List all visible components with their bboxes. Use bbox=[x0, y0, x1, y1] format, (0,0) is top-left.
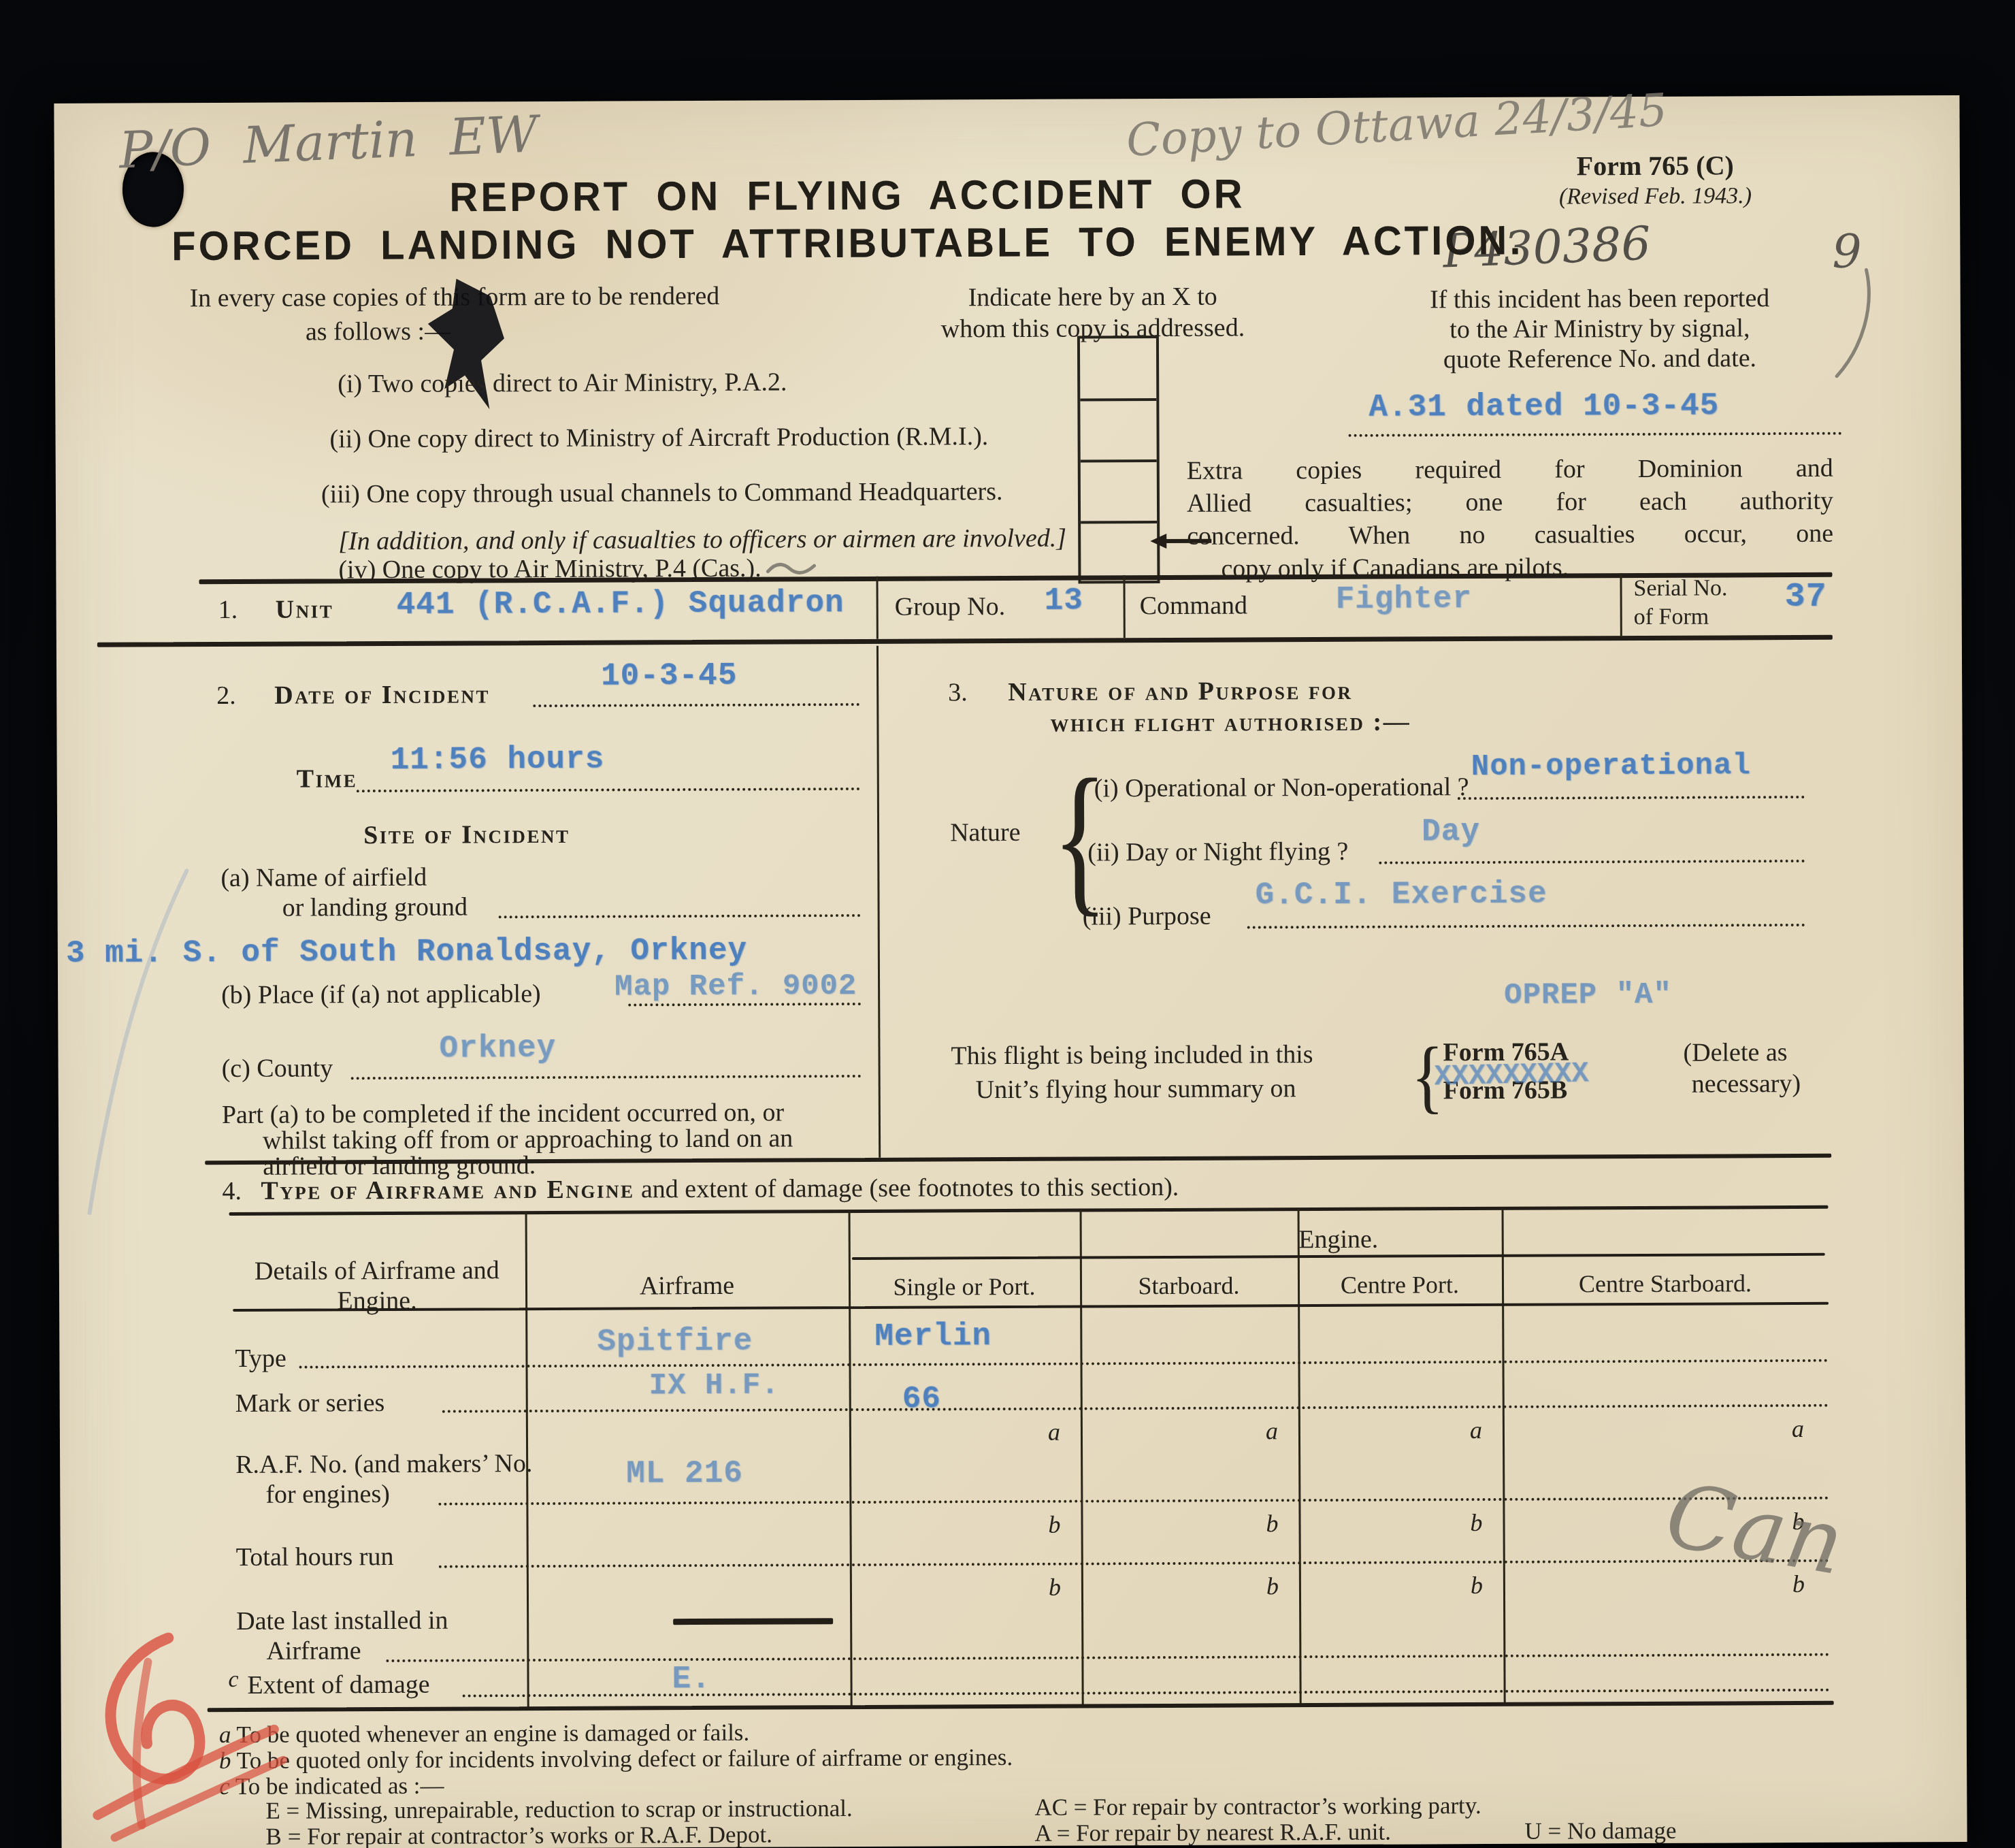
distribution-addition-note: [In addition, and only if casualties to … bbox=[338, 525, 1066, 555]
address-box-cell-divider bbox=[1081, 521, 1157, 523]
county-leader bbox=[351, 1075, 862, 1080]
purpose-leader bbox=[1247, 924, 1805, 929]
footnote-u-line: U = No damage bbox=[1524, 1819, 1676, 1843]
county-value: Orkney bbox=[439, 1033, 556, 1065]
oprep-value: OPREP "A" bbox=[1504, 980, 1672, 1011]
operational-question: (i) Operational or Non-operational ? bbox=[1094, 774, 1469, 801]
extra-copies-line3: concerned. When no casualties occur, one bbox=[1187, 521, 1833, 549]
details-header-1: Details of Airframe and bbox=[237, 1257, 517, 1284]
part-a-note-1: Part (a) to be completed if the incident… bbox=[222, 1099, 784, 1128]
serial-no-value: 37 bbox=[1784, 581, 1826, 615]
engine-col-centre-starboard: Centre Starboard. bbox=[1509, 1271, 1822, 1297]
scan-background: P/O Martin EW Copy to Ottawa 24/3/45 P43… bbox=[0, 0, 2015, 1848]
engine-col-single-port: Single or Port. bbox=[855, 1274, 1073, 1299]
type-row-label: Type bbox=[235, 1346, 286, 1372]
pencil-tick-flourish bbox=[764, 555, 818, 579]
total-hours-label: Total hours run bbox=[236, 1544, 394, 1570]
signal-caption-3: quote Reference No. and date. bbox=[1341, 345, 1858, 373]
time-label: Time bbox=[297, 766, 358, 792]
airframe-header: Airframe bbox=[532, 1272, 842, 1299]
section4-heading-rest: and extent of damage (see footnotes to t… bbox=[641, 1173, 1179, 1203]
footnote-marker-b: b bbox=[1266, 1574, 1279, 1598]
table-vline bbox=[1502, 1208, 1506, 1704]
section3-number: 3. bbox=[948, 679, 968, 705]
section1-divider bbox=[1620, 573, 1622, 636]
distribution-item-i: (i) Two copies direct to Air Ministry, P… bbox=[338, 369, 787, 397]
flight-summary-1: This flight is being included in this bbox=[951, 1041, 1313, 1069]
form-title-line2: FORCED LANDING NOT ATTRIBUTABLE TO ENEMY… bbox=[92, 220, 1603, 268]
table-bottom-rule bbox=[208, 1701, 1834, 1712]
group-no-label: Group No. bbox=[895, 594, 1006, 620]
purpose-value: G.C.I. Exercise bbox=[1255, 879, 1547, 911]
engine-type-value: Merlin bbox=[874, 1320, 992, 1352]
time-value: 11:56 hours bbox=[391, 744, 605, 776]
table-vline bbox=[849, 1211, 853, 1706]
footnote-marker-b: b bbox=[1266, 1511, 1278, 1536]
hours-row-leader bbox=[439, 1559, 1830, 1568]
engine-header: Engine. bbox=[855, 1225, 1822, 1254]
footnote-marker-b: b bbox=[1471, 1573, 1483, 1598]
map-ref-value: Map Ref. 9002 bbox=[615, 971, 857, 1003]
mark-row-leader bbox=[442, 1404, 1829, 1413]
footnote-e-line: E = Missing, unrepairable, reduction to … bbox=[265, 1796, 853, 1823]
footnote-marker-b: b bbox=[1049, 1575, 1061, 1600]
airframe-type-value: Spitfire bbox=[597, 1326, 753, 1358]
extent-value: E. bbox=[672, 1664, 710, 1695]
airfield-leader bbox=[499, 914, 861, 918]
day-night-value: Day bbox=[1422, 816, 1480, 847]
unit-value: 441 (R.C.A.F.) Squadron bbox=[397, 587, 845, 621]
date-of-incident-label: Date of Incident bbox=[274, 681, 490, 708]
signal-caption-2: to the Air Ministry by signal, bbox=[1341, 315, 1858, 343]
serial-no-label-1: Serial No. bbox=[1633, 577, 1727, 600]
airframe-mark-value: IX H.F. bbox=[649, 1370, 780, 1401]
address-box-caption-1: Indicate here by an X to bbox=[902, 283, 1283, 310]
address-box-cell-divider bbox=[1081, 459, 1157, 462]
footnote-marker-a: a bbox=[1266, 1419, 1278, 1443]
unit-label: Unit bbox=[276, 596, 334, 622]
flight-summary-2: Unit’s flying hour summary on bbox=[976, 1075, 1296, 1103]
delete-note-1: (Delete as bbox=[1683, 1039, 1787, 1066]
raf-no-label-1: R.A.F. No. (and makers’ No. bbox=[235, 1450, 533, 1478]
date-row-leader bbox=[386, 1653, 1830, 1662]
red-pencil-scribble bbox=[66, 1621, 291, 1846]
date-leader bbox=[533, 703, 859, 707]
section2-number: 2. bbox=[216, 683, 236, 709]
group-no-value: 13 bbox=[1045, 585, 1083, 617]
site-of-incident-heading: Site of Incident bbox=[363, 822, 570, 848]
date-installed-dash bbox=[673, 1618, 833, 1625]
form-paper: P/O Martin EW Copy to Ottawa 24/3/45 P43… bbox=[54, 95, 1967, 1848]
delete-note-2: necessary) bbox=[1692, 1071, 1801, 1097]
command-label: Command bbox=[1140, 592, 1247, 619]
footnote-marker-b: b bbox=[1470, 1510, 1482, 1535]
engine-col-starboard: Starboard. bbox=[1087, 1273, 1291, 1298]
table-vline bbox=[1080, 1210, 1084, 1706]
command-value: Fighter bbox=[1336, 583, 1472, 615]
county-label: (c) County bbox=[222, 1055, 333, 1082]
signal-reference-value: A.31 dated 10-3-45 bbox=[1369, 390, 1719, 423]
section4-heading-caps: Type of Airframe and Engine bbox=[261, 1175, 634, 1205]
extra-copies-line1: Extra copies required for Dominion and bbox=[1187, 455, 1833, 484]
footnote-ac-line: AC = For repair by contractor’s working … bbox=[1034, 1794, 1481, 1819]
extra-copies-line2: Allied casualties; one for each authorit… bbox=[1187, 488, 1833, 517]
day-night-question: (ii) Day or Night flying ? bbox=[1087, 839, 1348, 866]
section1-divider bbox=[876, 577, 878, 639]
nature-label: Nature bbox=[950, 820, 1021, 845]
footnote-marker-a: a bbox=[1048, 1420, 1060, 1444]
table-vline bbox=[1298, 1209, 1302, 1704]
form-strike-mark: XXXXXXXXX bbox=[1434, 1059, 1589, 1091]
table-top-rule bbox=[229, 1205, 1829, 1216]
extent-row-leader bbox=[463, 1689, 1831, 1698]
signal-caption-1: If this incident has been reported bbox=[1341, 285, 1858, 313]
footnote-marker-a: a bbox=[1470, 1418, 1482, 1442]
date-of-incident-value: 10-3-45 bbox=[601, 660, 737, 692]
purpose-question: (iii) Purpose bbox=[1083, 903, 1211, 930]
engine-col-centre-port: Centre Port. bbox=[1305, 1272, 1495, 1297]
section1-bottom-rule bbox=[97, 635, 1833, 647]
part-a-note-2: whilst taking off from or approaching to… bbox=[263, 1125, 793, 1153]
place-label: (b) Place (if (a) not applicable) bbox=[221, 981, 541, 1008]
signal-reference-line bbox=[1349, 432, 1842, 437]
distribution-item-iii: (iii) One copy through usual channels to… bbox=[321, 479, 1003, 507]
footnote-marker-a: a bbox=[1792, 1416, 1804, 1441]
section4-heading: 4. Type of Airframe and Engine and exten… bbox=[222, 1174, 1179, 1204]
distribution-item-ii: (ii) One copy direct to Ministry of Airc… bbox=[329, 423, 988, 452]
raf-no-value: ML 216 bbox=[626, 1458, 743, 1490]
operational-leader bbox=[1458, 796, 1805, 800]
raf-row-leader bbox=[438, 1497, 1829, 1506]
mark-row-label: Mark or series bbox=[235, 1390, 385, 1416]
engine-header-underline bbox=[852, 1253, 1825, 1260]
day-night-leader bbox=[1379, 860, 1805, 864]
airfield-name-label-2: or landing ground bbox=[282, 894, 467, 920]
footnote-b: b To be quoted only for incidents involv… bbox=[219, 1745, 1013, 1772]
type-row-leader bbox=[299, 1359, 1829, 1369]
footnote-marker-b: b bbox=[1048, 1512, 1060, 1537]
pencil-table-note: Can bbox=[1660, 1470, 1850, 1587]
section1-divider bbox=[1123, 575, 1125, 638]
airfield-name-label-1: (a) Name of airfield bbox=[220, 864, 427, 891]
footnote-a: a To be quoted whenever an engine is dam… bbox=[219, 1721, 749, 1747]
section3-heading-1: Nature of and Purpose for bbox=[1008, 678, 1352, 705]
section1-number: 1. bbox=[218, 597, 238, 623]
footnote-b-line: B = For repair at contractor’s works or … bbox=[265, 1823, 772, 1848]
operational-value: Non-operational bbox=[1471, 751, 1751, 782]
address-box bbox=[1077, 336, 1160, 584]
time-leader bbox=[357, 788, 860, 792]
serial-no-label-2: of Form bbox=[1634, 606, 1709, 629]
raf-no-label-2: for engines) bbox=[265, 1481, 390, 1508]
address-box-cell-divider bbox=[1080, 398, 1156, 401]
blue-pencil-stroke bbox=[71, 865, 222, 1220]
pencil-name-annotation: P/O Martin EW bbox=[118, 109, 538, 176]
form-title-line1: REPORT ON FLYING ACCIDENT OR bbox=[92, 172, 1603, 220]
section23-divider bbox=[877, 646, 881, 1158]
section3-heading-2: which flight authorised :— bbox=[1050, 709, 1411, 736]
place-leader bbox=[628, 1003, 861, 1006]
footnote-a-line: A = For repair by nearest R.A.F. unit. bbox=[1034, 1820, 1391, 1845]
section4-number: 4. bbox=[222, 1177, 242, 1205]
